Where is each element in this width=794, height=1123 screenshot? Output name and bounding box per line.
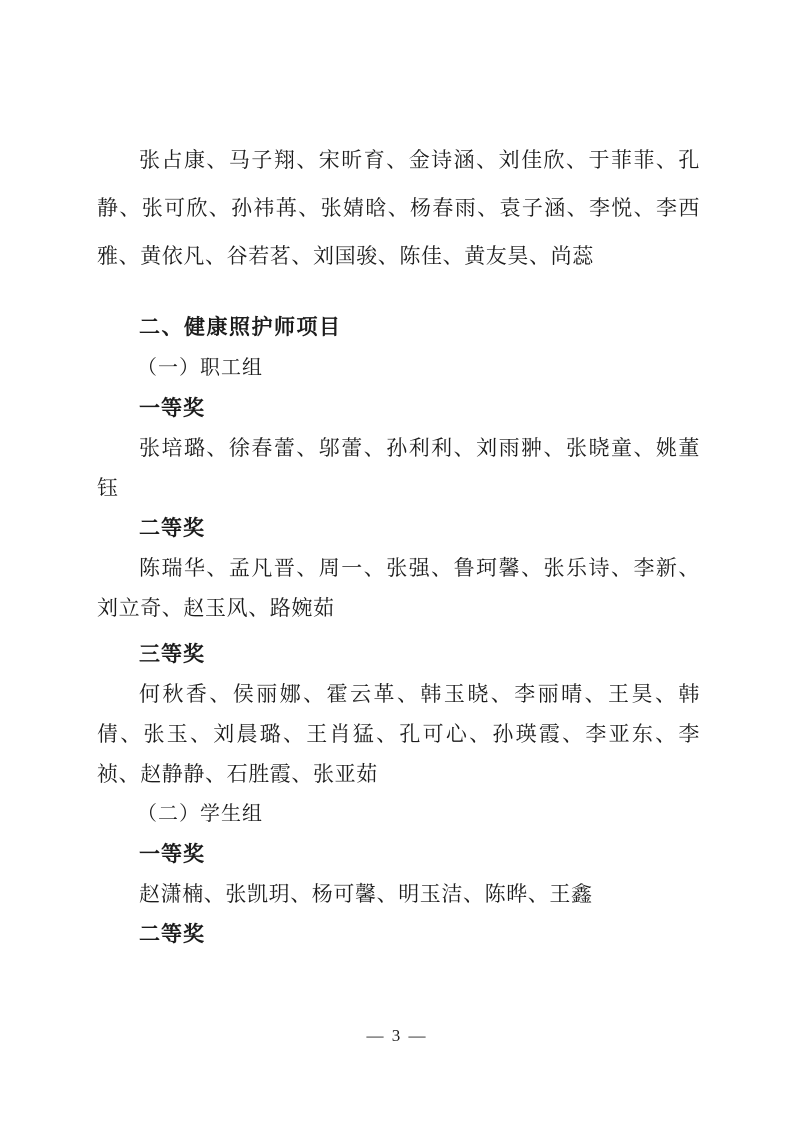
award-names-student-first-prize: 赵潇楠、张凯玥、杨可馨、明玉洁、陈晔、王鑫	[97, 874, 700, 914]
paragraph-continued-names: 张占康、马子翔、宋昕育、金诗涵、刘佳欣、于菲菲、孔静、张可欣、孙祎苒、张婧晗、杨…	[97, 136, 700, 280]
award-names-staff-first-prize: 张培璐、徐春蕾、邬蕾、孙利利、刘雨翀、张晓童、姚董钰	[97, 428, 700, 508]
award-names-staff-second-prize: 陈瑞华、孟凡晋、周一、张强、鲁珂馨、张乐诗、李新、刘立奇、赵玉风、路婉茹	[97, 548, 700, 628]
group-label-student: （二）学生组	[97, 794, 700, 834]
document-page: 张占康、马子翔、宋昕育、金诗涵、刘佳欣、于菲菲、孔静、张可欣、孙祎苒、张婧晗、杨…	[0, 0, 794, 1123]
document-body: 张占康、马子翔、宋昕育、金诗涵、刘佳欣、于菲菲、孔静、张可欣、孙祎苒、张婧晗、杨…	[97, 136, 700, 954]
group-label-staff: （一）职工组	[97, 348, 700, 388]
award-title-staff-first-prize: 一等奖	[97, 388, 700, 428]
award-title-staff-third-prize: 三等奖	[97, 634, 700, 674]
section-heading-health-caregiver: 二、健康照护师项目	[97, 308, 700, 348]
award-title-student-first-prize: 一等奖	[97, 834, 700, 874]
page-footer: — 3 —	[0, 1026, 794, 1046]
page-number: — 3 —	[367, 1026, 428, 1045]
award-names-staff-third-prize: 何秋香、侯丽娜、霍云革、韩玉晓、李丽晴、王昊、韩倩、张玉、刘晨璐、王肖猛、孔可心…	[97, 674, 700, 794]
award-title-student-second-prize: 二等奖	[97, 914, 700, 954]
award-title-staff-second-prize: 二等奖	[97, 508, 700, 548]
